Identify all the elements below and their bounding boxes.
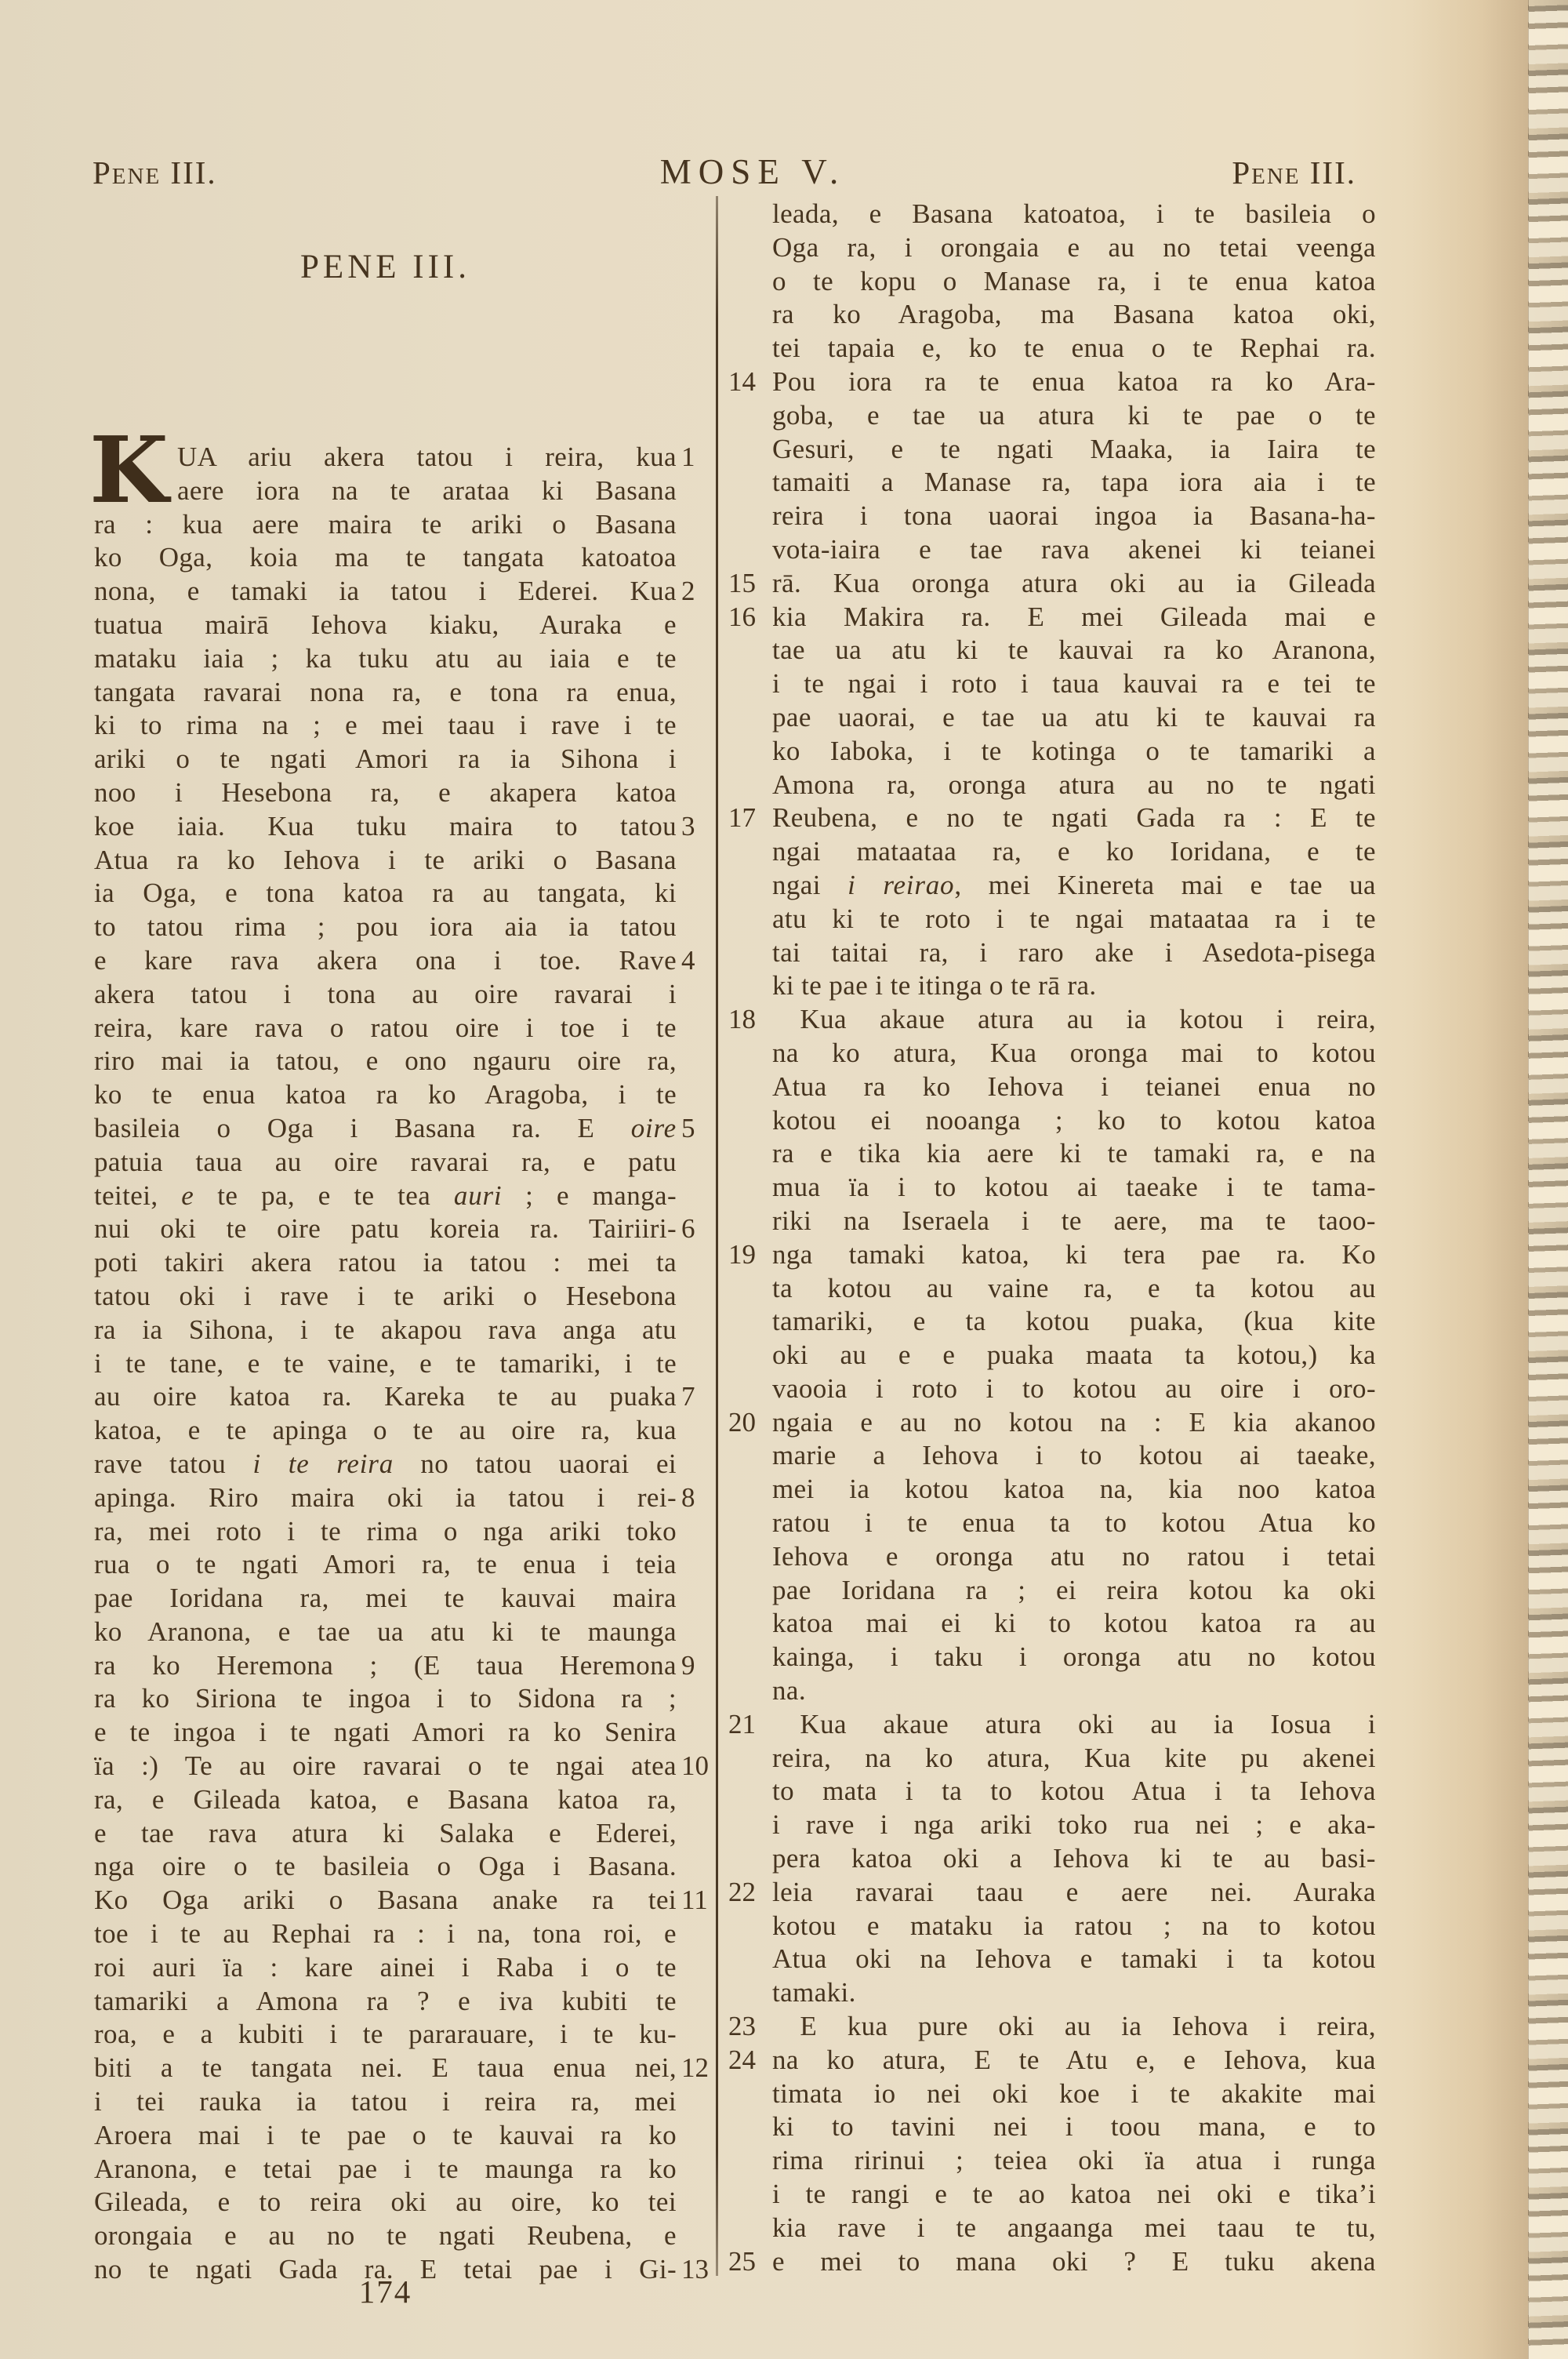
line-text: reira, kare rava o ratou oire i toe i te — [94, 1012, 677, 1043]
left-column-lines: UA ariu akera tatou i reira, kua 1 aere … — [94, 441, 677, 2287]
text-line: timata io nei oki koe i te akakite mai — [772, 2077, 1376, 2111]
text-line: Atua ra ko Iehova i teianei enua no — [772, 1070, 1376, 1104]
line-text: rā. Kua oronga atura oki au ia Gileada — [772, 568, 1376, 598]
line-text: ia Oga, e tona katoa ra au tangata, ki — [94, 878, 677, 908]
text-line: 17 Reubena, e no te ngati Gada ra : E te — [772, 801, 1376, 835]
verse-number: 21 — [728, 1708, 769, 1742]
text-line: 25 e mei to mana oki ? E tuku akena — [772, 2245, 1376, 2279]
verse-number: 6 — [681, 1212, 724, 1246]
text-line: i te ngai i roto i taua kauvai ra e tei … — [772, 667, 1376, 701]
text-line: 22 leia ravarai taau e aere nei. Auraka — [772, 1876, 1376, 1910]
line-text: timata io nei oki koe i te akakite mai — [772, 2078, 1376, 2109]
verse-number: 7 — [681, 1380, 724, 1414]
line-text: roa, e a kubiti i te pararauare, i te ku… — [94, 2019, 677, 2049]
text-line: Aroera mai i te pae o te kauvai ra ko — [94, 2119, 677, 2153]
line-text: vota-iaira e tae rava akenei ki teianei — [772, 534, 1376, 565]
chapter-summary-line — [96, 311, 678, 350]
line-text: o te kopu o Manase ra, i te enua katoa — [772, 266, 1376, 296]
text-line: marie a Iehova i to kotou ai taeake, — [772, 1439, 1376, 1473]
line-text: reira, na ko atura, Kua kite pu akenei — [772, 1743, 1376, 1773]
verse-number: 17 — [728, 801, 769, 835]
text-line: Aranona, e tetai pae i te maunga ra ko — [94, 2153, 677, 2186]
line-text: to tatou rima ; pou iora aia ia tatou — [94, 911, 677, 942]
verse-number: 16 — [728, 601, 769, 634]
page-number: 174 — [94, 2273, 677, 2310]
line-text: kia Makira ra. E mei Gileada mai e — [772, 602, 1376, 632]
text-line: tai taitai ra, i raro ake i Asedota-pise… — [772, 936, 1376, 970]
text-line: ïa :) Te au oire ravarai o te ngai atea … — [94, 1750, 677, 1783]
text-line: riki na Iseraela i te aere, ma te taoo- — [772, 1205, 1376, 1238]
line-text: roi auri ïa : kare ainei i Raba i o te — [94, 1952, 677, 1983]
line-text: mua ïa i to kotou ai taeake i te tama- — [772, 1172, 1376, 1202]
text-line: reira, na ko atura, Kua kite pu akenei — [772, 1742, 1376, 1776]
text-line: Amona ra, oronga atura au no te ngati — [772, 769, 1376, 802]
text-line: tei tapaia e, ko te enua o te Rephai ra. — [772, 332, 1376, 365]
text-line: katoa, e te apinga o te au oire ra, kua — [94, 1414, 677, 1448]
line-text: Oga ra, i orongaia e au no tetai veenga — [772, 232, 1376, 263]
line-text: na ko atura, E te Atu e, e Iehova, kua — [772, 2045, 1376, 2075]
line-text: poti takiri akera ratou ia tatou : mei t… — [94, 1247, 677, 1278]
text-line: ra, e Gileada katoa, e Basana katoa ra, — [94, 1783, 677, 1817]
line-text: ko Iaboka, i te kotinga o te tamariki a — [772, 736, 1376, 766]
line-text: e mei to mana oki ? E tuku akena — [772, 2246, 1376, 2277]
line-text: i te rangi e te ao katoa nei oki e tika’… — [772, 2179, 1376, 2209]
book-page-edge-texture — [1528, 0, 1568, 2359]
verse-number: 8 — [681, 1481, 724, 1515]
line-text: basileia o Oga i Basana ra. E oire — [94, 1113, 677, 1143]
text-line: 15 rā. Kua oronga atura oki au ia Gilead… — [772, 567, 1376, 601]
chapter-title: PENE III. — [94, 248, 677, 286]
line-text: reira i tona uaorai ingoa ia Basana-ha- — [772, 500, 1376, 531]
text-line: patuia taua au oire ravarai ra, e patu — [94, 1146, 677, 1179]
running-header-left: Pene III. — [93, 154, 217, 191]
line-text: patuia taua au oire ravarai ra, e patu — [94, 1147, 677, 1177]
text-line: tamariki, e ta kotou puaka, (kua kite — [772, 1305, 1376, 1339]
line-text: i tei rauka ia tatou i reira ra, mei — [94, 2086, 677, 2117]
verse-number: 25 — [728, 2245, 769, 2279]
text-line: i te tane, e te vaine, e te tamariki, i … — [94, 1347, 677, 1381]
line-text: apinga. Riro maira oki ia tatou i rei- — [94, 1482, 677, 1513]
line-text: pera katoa oki a Iehova ki te au basi- — [772, 1843, 1376, 1874]
running-header: Pene III. MOSE V. Pene III. — [0, 154, 1521, 201]
text-line: reira i tona uaorai ingoa ia Basana-ha- — [772, 500, 1376, 533]
line-text: ki to tavini nei i toou mana, e to — [772, 2111, 1376, 2142]
text-line: tatou oki i rave i te ariki o Hesebona — [94, 1280, 677, 1314]
text-line: katoa mai ei ki to kotou katoa ra au — [772, 1607, 1376, 1641]
verse-number: 15 — [728, 567, 769, 601]
text-line: ariki o te ngati Amori ra ia Sihona i — [94, 743, 677, 776]
verse-number: 5 — [681, 1112, 724, 1146]
text-line: nga oire o te basileia o Oga i Basana. — [94, 1850, 677, 1884]
line-text: teitei, e te pa, e te tea auri ; e manga… — [94, 1180, 677, 1211]
text-line: na ko atura, Kua oronga mai to kotou — [772, 1037, 1376, 1070]
line-text: Gileada, e to reira oki au oire, ko tei — [94, 2186, 677, 2217]
verse-number: 14 — [728, 365, 769, 399]
text-line: ra ia Sihona, i te akapou rava anga atu — [94, 1314, 677, 1347]
text-line: pera katoa oki a Iehova ki te au basi- — [772, 1842, 1376, 1876]
text-line: Atua oki na Iehova e tamaki i ta kotou — [772, 1943, 1376, 1976]
line-text: rua o te ngati Amori ra, te enua i teia — [94, 1549, 677, 1579]
line-text: ko Oga, koia ma te tangata katoatoa — [94, 542, 677, 572]
text-line: e kare rava akera ona i toe. Rave 4 — [94, 944, 677, 978]
verse-number: 1 — [681, 441, 724, 474]
line-text: ïa :) Te au oire ravarai o te ngai atea — [94, 1750, 677, 1781]
line-text: Atua oki na Iehova e tamaki i ta kotou — [772, 1943, 1376, 1974]
text-line: kotou ei nooanga ; ko to kotou katoa — [772, 1104, 1376, 1138]
verse-number: 3 — [681, 810, 724, 844]
line-text: ko te enua katoa ra ko Aragoba, i te — [94, 1079, 677, 1110]
line-text: ta kotou au vaine ra, e ta kotou au — [772, 1273, 1376, 1303]
line-text: au oire katoa ra. Kareka te au puaka — [94, 1381, 677, 1412]
text-line: kotou e mataku ia ratou ; na to kotou — [772, 1910, 1376, 1943]
line-text: tamaiti a Manase ra, tapa iora aia i te — [772, 467, 1376, 497]
text-line: ra e tika kia aere ki te tamaki ra, e na — [772, 1137, 1376, 1171]
text-line: 16 kia Makira ra. E mei Gileada mai e — [772, 601, 1376, 634]
text-line: Iehova e oronga atu no ratou i tetai — [772, 1540, 1376, 1574]
text-line: pae Ioridana ra ; ei reira kotou ka oki — [772, 1574, 1376, 1608]
line-text: e te ingoa i te ngati Amori ra ko Senira — [94, 1717, 677, 1747]
text-line: Gileada, e to reira oki au oire, ko tei — [94, 2186, 677, 2219]
text-line: ki te pae i te itinga o te rā ra. — [772, 969, 1376, 1003]
text-line: to mata i ta to kotou Atua i ta Iehova — [772, 1775, 1376, 1808]
text-line: 20 ngaia e au no kotou na : E kia akanoo — [772, 1406, 1376, 1440]
line-text: goba, e tae ua atura ki te pae o te — [772, 400, 1376, 431]
text-line: biti a te tangata nei. E taua enua nei, … — [94, 2052, 677, 2085]
scanned-book-page: { "page": { "header": { "left": "Pene II… — [0, 0, 1568, 2359]
text-line: tangata ravarai nona ra, e tona ra enua, — [94, 676, 677, 710]
line-text: mataku iaia ; ka tuku atu au iaia e te — [94, 643, 677, 674]
line-text: ratou i te enua ta to kotou Atua ko — [772, 1507, 1376, 1538]
text-line: pae uaorai, e tae ua atu ki te kauvai ra — [772, 701, 1376, 735]
line-text: pae Ioridana ra, mei te kauvai maira — [94, 1583, 677, 1613]
line-text: leia ravarai taau e aere nei. Auraka — [772, 1877, 1376, 1907]
text-line: Ko Oga ariki o Basana anake ra tei 11 — [94, 1884, 677, 1917]
running-header-title: MOSE V. — [455, 151, 1051, 192]
line-text: ngai i reirao, mei Kinereta mai e tae ua — [772, 870, 1376, 900]
text-line: 19 nga tamaki katoa, ki tera pae ra. Ko — [772, 1238, 1376, 1272]
right-column-lines: leada, e Basana katoatoa, i te basileia … — [772, 198, 1376, 2278]
text-line: ngai i reirao, mei Kinereta mai e tae ua — [772, 869, 1376, 903]
line-text: atu ki te roto i te ngai mataataa ra i t… — [772, 903, 1376, 934]
line-text: rave tatou i te reira no tatou uaorai ei — [94, 1448, 677, 1479]
text-line: tamaki. — [772, 1976, 1376, 2010]
text-line: ko Iaboka, i te kotinga o te tamariki a — [772, 735, 1376, 769]
text-line: ra ko Heremona ; (E taua Heremona 9 — [94, 1649, 677, 1683]
line-text: tei tapaia e, ko te enua o te Rephai ra. — [772, 333, 1376, 363]
chapter-summary-line — [96, 350, 678, 389]
line-text: kia rave i te angaanga mei taau te tu, — [772, 2212, 1376, 2243]
text-line: ta kotou au vaine ra, e ta kotou au — [772, 1272, 1376, 1306]
line-text: ngai mataataa ra, e ko Ioridana, e te — [772, 836, 1376, 867]
text-line: basileia o Oga i Basana ra. E oire 5 — [94, 1112, 677, 1146]
verse-number: 2 — [681, 575, 724, 609]
chapter-summary-line — [96, 389, 678, 428]
line-text: Reubena, e no te ngati Gada ra : E te — [772, 802, 1376, 833]
text-line: i rave i nga ariki toko rua nei ; e aka- — [772, 1808, 1376, 1842]
text-line: 23 E kua pure oki au ia Iehova i reira, — [772, 2010, 1376, 2044]
line-text: pae uaorai, e tae ua atu ki te kauvai ra — [772, 702, 1376, 732]
text-line: reira, kare rava o ratou oire i toe i te — [94, 1012, 677, 1045]
line-text: akera tatou i tona au oire ravarai i — [94, 979, 677, 1009]
line-text: nga tamaki katoa, ki tera pae ra. Ko — [772, 1239, 1376, 1270]
text-line: UA ariu akera tatou i reira, kua 1 — [94, 441, 677, 474]
line-text: ra ia Sihona, i te akapou rava anga atu — [94, 1314, 677, 1345]
line-text: kotou ei nooanga ; ko to kotou katoa — [772, 1105, 1376, 1136]
text-line: vota-iaira e tae rava akenei ki teianei — [772, 533, 1376, 567]
text-line: ra ko Siriona te ingoa i to Sidona ra ; — [94, 1682, 677, 1716]
line-text: kainga, i taku i oronga atu no kotou — [772, 1641, 1376, 1672]
text-line: ra, mei roto i te rima o nga ariki toko — [94, 1515, 677, 1549]
page-curvature-shadow — [1411, 0, 1529, 2359]
text-line: roi auri ïa : kare ainei i Raba i o te — [94, 1951, 677, 1985]
text-line: atu ki te roto i te ngai mataataa ra i t… — [772, 903, 1376, 936]
text-line: ko te enua katoa ra ko Aragoba, i te — [94, 1078, 677, 1112]
line-text: na. — [772, 1675, 806, 1706]
line-text: Ko Oga ariki o Basana anake ra tei — [94, 1885, 677, 1915]
line-text: ra, mei roto i te rima o nga ariki toko — [94, 1516, 677, 1547]
line-text: Iehova e oronga atu no ratou i tetai — [772, 1541, 1376, 1572]
text-line: ra ko Aragoba, ma Basana katoa oki, — [772, 298, 1376, 332]
text-line: ngai mataataa ra, e ko Ioridana, e te — [772, 835, 1376, 869]
text-line: nui oki te oire patu koreia ra. Tairiiri… — [94, 1212, 677, 1246]
text-line: poti takiri akera ratou ia tatou : mei t… — [94, 1246, 677, 1280]
text-line: ia Oga, e tona katoa ra au tangata, ki — [94, 877, 677, 911]
line-text: pae Ioridana ra ; ei reira kotou ka oki — [772, 1575, 1376, 1605]
line-text: vaooia i roto i to kotou au oire i oro- — [772, 1373, 1376, 1404]
text-line: kainga, i taku i oronga atu no kotou — [772, 1641, 1376, 1674]
text-line: nona, e tamaki ia tatou i Ederei. Kua 2 — [94, 575, 677, 609]
line-text: e kare rava akera ona i toe. Rave — [94, 945, 677, 976]
text-line: toe i te au Rephai ra : i na, tona roi, … — [94, 1917, 677, 1951]
line-text: tai taitai ra, i raro ake i Asedota-pise… — [772, 937, 1376, 968]
line-text: kotou e mataku ia ratou ; na to kotou — [772, 1910, 1376, 1941]
line-text: leada, e Basana katoatoa, i te basileia … — [772, 198, 1376, 229]
text-line: riro mai ia tatou, e ono ngauru oire ra, — [94, 1045, 677, 1078]
line-text: E kua pure oki au ia Iehova i reira, — [772, 2011, 1376, 2041]
verse-number: 9 — [681, 1649, 724, 1683]
line-text: ngaia e au no kotou na : E kia akanoo — [772, 1407, 1376, 1438]
line-text: i te ngai i roto i taua kauvai ra e tei … — [772, 668, 1376, 699]
text-line: 21 Kua akaue atura oki au ia Iosua i — [772, 1708, 1376, 1742]
verse-number: 23 — [728, 2010, 769, 2044]
text-line: mua ïa i to kotou ai taeake i te tama- — [772, 1171, 1376, 1205]
text-line: e te ingoa i te ngati Amori ra ko Senira — [94, 1716, 677, 1750]
line-text: ki te pae i te itinga o te rā ra. — [772, 970, 1097, 1001]
line-text: ra e tika kia aere ki te tamaki ra, e na — [772, 1138, 1376, 1169]
text-line: ratou i te enua ta to kotou Atua ko — [772, 1507, 1376, 1540]
text-line: vaooia i roto i to kotou au oire i oro- — [772, 1372, 1376, 1406]
line-text: nga oire o te basileia o Oga i Basana. — [94, 1851, 677, 1881]
text-line: leada, e Basana katoatoa, i te basileia … — [772, 198, 1376, 231]
text-line: i te rangi e te ao katoa nei oki e tika’… — [772, 2178, 1376, 2212]
text-line: Atua ra ko Iehova i te ariki o Basana — [94, 844, 677, 878]
line-text: koe iaia. Kua tuku maira to tatou — [94, 811, 677, 841]
verse-number: 12 — [681, 2052, 724, 2085]
text-line: tuatua mairā Iehova kiaku, Auraka e — [94, 609, 677, 642]
text-line: akera tatou i tona au oire ravarai i — [94, 978, 677, 1012]
line-text: ariki o te ngati Amori ra ia Sihona i — [94, 743, 677, 774]
text-line: o te kopu o Manase ra, i te enua katoa — [772, 265, 1376, 299]
line-text: Aroera mai i te pae o te kauvai ra ko — [94, 2120, 677, 2150]
verse-number: 13 — [681, 2253, 724, 2287]
line-text: marie a Iehova i to kotou ai taeake, — [772, 1440, 1376, 1470]
text-line: ko Oga, koia ma te tangata katoatoa — [94, 541, 677, 575]
text-line: 24 na ko atura, E te Atu e, e Iehova, ku… — [772, 2044, 1376, 2077]
line-text: aere iora na te arataa ki Basana — [177, 475, 677, 506]
line-text: tamariki, e ta kotou puaka, (kua kite — [772, 1306, 1376, 1336]
line-text: na ko atura, Kua oronga mai to kotou — [772, 1038, 1376, 1068]
line-text: e tae rava atura ki Salaka e Ederei, — [94, 1818, 677, 1848]
text-line: pae Ioridana ra, mei te kauvai maira — [94, 1582, 677, 1616]
text-line: tamaiti a Manase ra, tapa iora aia i te — [772, 466, 1376, 500]
text-line: Oga ra, i orongaia e au no tetai veenga — [772, 231, 1376, 265]
text-line: apinga. Riro maira oki ia tatou i rei- 8 — [94, 1481, 677, 1515]
line-text: i te tane, e te vaine, e te tamariki, i … — [94, 1348, 677, 1379]
line-text: Pou iora ra te enua katoa ra ko Ara- — [772, 366, 1376, 397]
verse-number: 18 — [728, 1003, 769, 1037]
text-line: noo i Hesebona ra, e akapera katoa — [94, 776, 677, 810]
text-line: ra : kua aere maira te ariki o Basana — [94, 508, 677, 542]
verse-number: 22 — [728, 1876, 769, 1910]
line-text: tatou oki i rave i te ariki o Hesebona — [94, 1281, 677, 1311]
line-text: ra ko Siriona te ingoa i to Sidona ra ; — [94, 1683, 677, 1714]
text-line: roa, e a kubiti i te pararauare, i te ku… — [94, 2018, 677, 2052]
text-line: 14 Pou iora ra te enua katoa ra ko Ara- — [772, 365, 1376, 399]
verse-number: 24 — [728, 2044, 769, 2077]
text-line: mei ia kotou katoa na, kia noo katoa — [772, 1473, 1376, 1507]
line-text: Amona ra, oronga atura au no te ngati — [772, 769, 1376, 800]
line-text: ko Aranona, e tae ua atu ki te maunga — [94, 1616, 677, 1647]
line-text: tamariki a Amona ra ? e iva kubiti te — [94, 1986, 677, 2016]
right-text-column: leada, e Basana katoatoa, i te basileia … — [772, 198, 1376, 2278]
text-line: na. — [772, 1674, 1376, 1708]
text-line: ki to tavini nei i toou mana, e to — [772, 2110, 1376, 2144]
line-text: ki to rima na ; e mei taau i rave i te — [94, 710, 677, 740]
line-text: tuatua mairā Iehova kiaku, Auraka e — [94, 609, 677, 640]
line-text: toe i te au Rephai ra : i na, tona roi, … — [94, 1918, 677, 1949]
line-text: Gesuri, e te ngati Maaka, ia Iaira te — [772, 434, 1376, 464]
text-line: Gesuri, e te ngati Maaka, ia Iaira te — [772, 433, 1376, 467]
text-line: rave tatou i te reira no tatou uaorai ei — [94, 1448, 677, 1481]
verse-number: 20 — [728, 1406, 769, 1440]
line-text: katoa, e te apinga o te au oire ra, kua — [94, 1415, 677, 1445]
line-text: tamaki. — [772, 1977, 856, 2008]
verse-number: 4 — [681, 944, 724, 978]
line-text: i rave i nga ariki toko rua nei ; e aka- — [772, 1809, 1376, 1840]
line-text: riro mai ia tatou, e ono ngauru oire ra, — [94, 1045, 677, 1076]
line-text: tangata ravarai nona ra, e tona ra enua, — [94, 677, 677, 707]
line-text: noo i Hesebona ra, e akapera katoa — [94, 777, 677, 808]
text-line: ki to rima na ; e mei taau i rave i te — [94, 709, 677, 743]
text-line: ko Aranona, e tae ua atu ki te maunga — [94, 1616, 677, 1649]
left-text-column: K UA ariu akera tatou i reira, kua 1 aer… — [94, 441, 677, 2287]
text-line: tamariki a Amona ra ? e iva kubiti te — [94, 1985, 677, 2019]
text-line: koe iaia. Kua tuku maira to tatou 3 — [94, 810, 677, 844]
text-line: au oire katoa ra. Kareka te au puaka 7 — [94, 1380, 677, 1414]
line-text: nona, e tamaki ia tatou i Ederei. Kua — [94, 576, 677, 606]
line-text: mei ia kotou katoa na, kia noo katoa — [772, 1474, 1376, 1504]
line-text: rima ririnui ; teiea oki ïa atua i runga — [772, 2145, 1376, 2175]
text-line: orongaia e au no te ngati Reubena, e — [94, 2219, 677, 2253]
text-line: tae ua atu ki te kauvai ra ko Aranona, — [772, 634, 1376, 667]
line-text: biti a te tangata nei. E taua enua nei, — [94, 2052, 677, 2083]
line-text: Kua akaue atura oki au ia Iosua i — [772, 1709, 1376, 1739]
line-text: ra ko Heremona ; (E taua Heremona — [94, 1650, 677, 1681]
running-header-right: Pene III. — [1232, 154, 1356, 191]
text-line: e tae rava atura ki Salaka e Ederei, — [94, 1817, 677, 1851]
text-line: 18 Kua akaue atura au ia kotou i reira, — [772, 1003, 1376, 1037]
text-line: rima ririnui ; teiea oki ïa atua i runga — [772, 2144, 1376, 2178]
text-line: rua o te ngati Amori ra, te enua i teia — [94, 1548, 677, 1582]
text-line: teitei, e te pa, e te tea auri ; e manga… — [94, 1179, 677, 1213]
text-line: to tatou rima ; pou iora aia ia tatou — [94, 911, 677, 944]
line-text: riki na Iseraela i te aere, ma te taoo- — [772, 1205, 1376, 1236]
line-text: to mata i ta to kotou Atua i ta Iehova — [772, 1776, 1376, 1806]
line-text: ra, e Gileada katoa, e Basana katoa ra, — [94, 1784, 677, 1815]
line-text: nui oki te oire patu koreia ra. Tairiiri… — [94, 1213, 677, 1244]
verse-number: 11 — [681, 1884, 724, 1917]
text-line: kia rave i te angaanga mei taau te tu, — [772, 2212, 1376, 2245]
line-text: tae ua atu ki te kauvai ra ko Aranona, — [772, 634, 1376, 665]
line-text: UA ariu akera tatou i reira, kua — [177, 442, 677, 472]
chapter-summary — [96, 311, 678, 428]
text-line: oki au e e puaka maata ta kotou,) ka — [772, 1339, 1376, 1372]
line-text: Kua akaue atura au ia kotou i reira, — [772, 1004, 1376, 1034]
verse-number: 10 — [681, 1750, 724, 1783]
line-text: Atua ra ko Iehova i te ariki o Basana — [94, 845, 677, 875]
line-text: katoa mai ei ki to kotou katoa ra au — [772, 1608, 1376, 1638]
text-line: i tei rauka ia tatou i reira ra, mei — [94, 2085, 677, 2119]
line-text: ra ko Aragoba, ma Basana katoa oki, — [772, 299, 1376, 329]
line-text: orongaia e au no te ngati Reubena, e — [94, 2220, 677, 2251]
line-text: Atua ra ko Iehova i teianei enua no — [772, 1071, 1376, 1102]
text-line: aere iora na te arataa ki Basana — [94, 474, 677, 508]
text-line: mataku iaia ; ka tuku atu au iaia e te — [94, 642, 677, 676]
verse-number: 19 — [728, 1238, 769, 1272]
line-text: Aranona, e tetai pae i te maunga ra ko — [94, 2154, 677, 2184]
text-line: goba, e tae ua atura ki te pae o te — [772, 399, 1376, 433]
line-text: oki au e e puaka maata ta kotou,) ka — [772, 1339, 1376, 1370]
line-text: ra : kua aere maira te ariki o Basana — [94, 509, 677, 540]
